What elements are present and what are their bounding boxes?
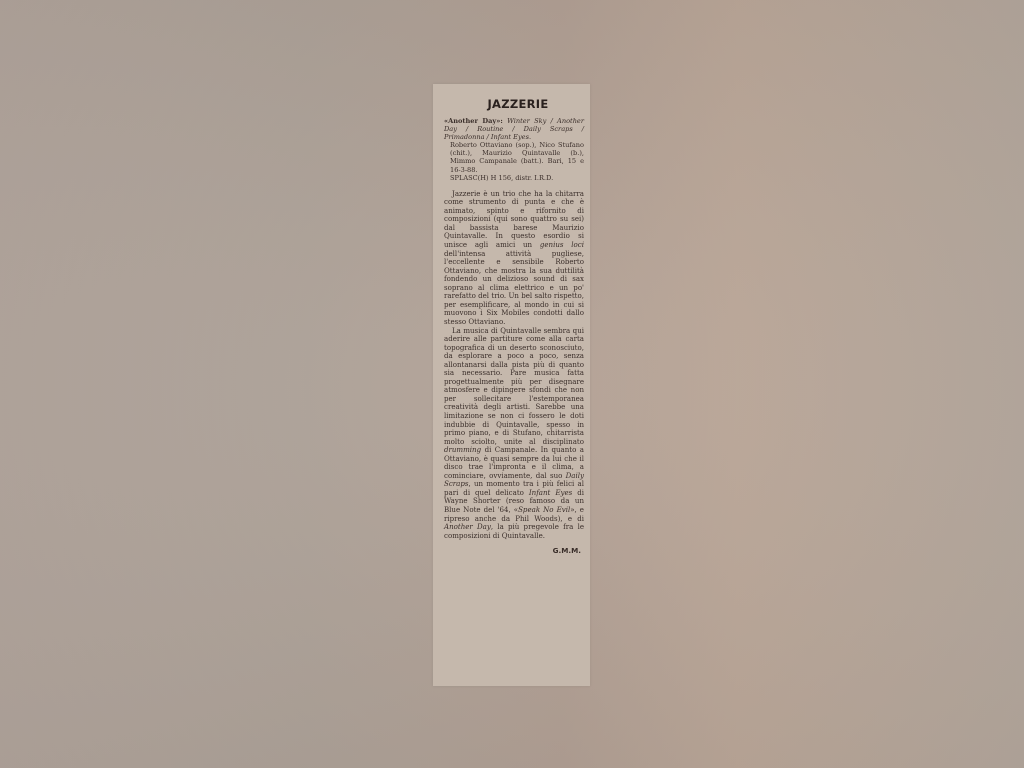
album-name: «Another Day»: bbox=[444, 117, 503, 125]
newspaper-clipping: JAZZERIE «Another Day»: Winter Sky / Ano… bbox=[433, 84, 590, 686]
release-info: SPLASC(H) H 156, distr. I.R.D. bbox=[444, 174, 584, 182]
text-run: La musica di Quintavalle sembra qui ader… bbox=[444, 326, 584, 446]
article-body: Jazzerie è un trio che ha la chitarra co… bbox=[444, 190, 584, 540]
author-signature: G.M.M. bbox=[444, 546, 584, 555]
album-credits: «Another Day»: Winter Sky / Another Day … bbox=[444, 117, 584, 182]
text-run: dell'intensa attività pugliese, l'eccell… bbox=[444, 249, 584, 326]
article-title: JAZZERIE bbox=[452, 97, 584, 111]
personnel: Roberto Ottaviano (sop.), Nico Stufano (… bbox=[444, 141, 584, 173]
article-paragraph: Jazzerie è un trio che ha la chitarra co… bbox=[444, 190, 584, 327]
article-paragraph: La musica di Quintavalle sembra qui ader… bbox=[444, 327, 584, 541]
